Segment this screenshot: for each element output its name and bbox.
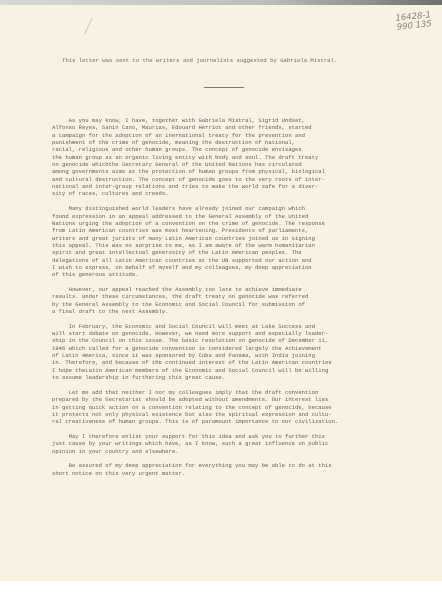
pencil-mark [84, 18, 93, 35]
paragraph-campaign: As you may know, I have, together with G… [52, 117, 412, 198]
letter-page: 16428-1 990 135 This letter was sent to … [0, 5, 442, 581]
archive-number: 16428-1 990 135 [396, 11, 433, 33]
paragraph-enlist-support: May I therefore enlist your support for … [52, 433, 412, 455]
paragraph-february-council: In February, the Economic and Social Cou… [52, 323, 412, 382]
letter-body: As you may know, I have, together with G… [52, 117, 412, 485]
paragraph-amendments: Let me add that neither I nor my colleag… [52, 389, 412, 426]
intro-note: This letter was sent to the writers and … [62, 57, 432, 64]
divider-rule [204, 87, 244, 88]
paragraph-appreciation: Be assured of my deep appreciation for e… [52, 462, 412, 477]
paragraph-appeal-late: However, our appeal reached the Assembly… [52, 286, 412, 315]
paragraph-world-leaders: Many distinguished world leaders have al… [52, 205, 412, 278]
archive-number-line-2: 990 135 [397, 20, 433, 33]
